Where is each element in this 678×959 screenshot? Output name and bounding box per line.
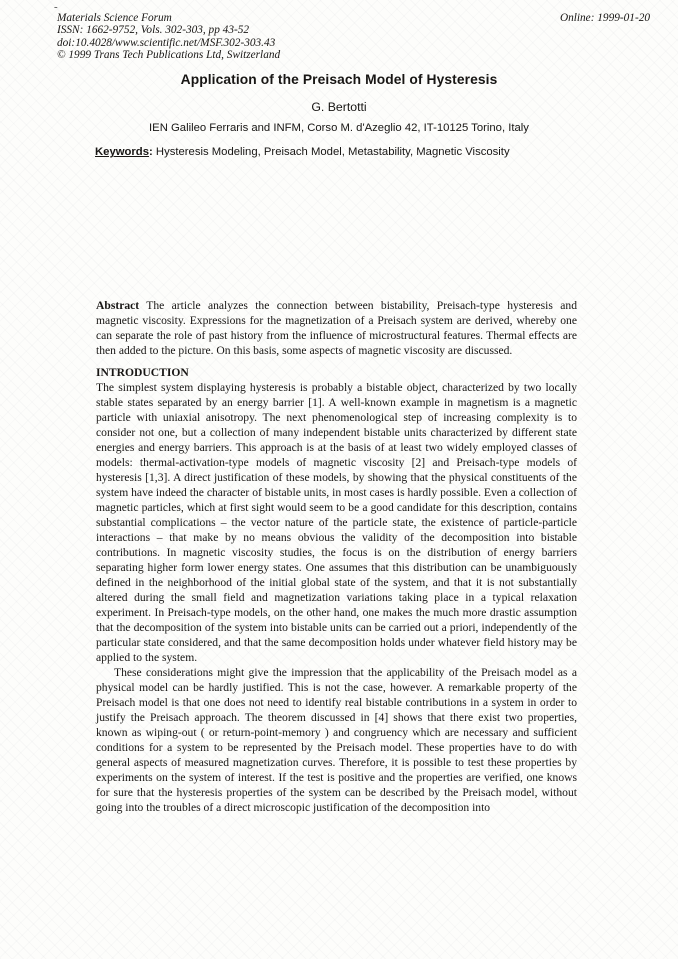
author-name: G. Bertotti xyxy=(0,100,678,114)
paper-title: Application of the Preisach Model of Hys… xyxy=(0,72,678,87)
section-heading-introduction: INTRODUCTION xyxy=(96,365,577,380)
scan-artifact-dash: - xyxy=(54,1,58,13)
abstract-label: Abstract xyxy=(96,299,139,312)
abstract-paragraph: Abstract The article analyzes the connec… xyxy=(96,298,577,358)
introduction-paragraph-2: These considerations might give the impr… xyxy=(96,665,577,815)
keywords-list: Hysteresis Modeling, Preisach Model, Met… xyxy=(153,146,510,158)
keywords-label: Keywords xyxy=(95,146,149,158)
body-column: Abstract The article analyzes the connec… xyxy=(96,298,577,815)
journal-info-block: Materials Science Forum ISSN: 1662-9752,… xyxy=(57,12,280,61)
paper-page: - Materials Science Forum ISSN: 1662-975… xyxy=(0,0,678,959)
online-date: Online: 1999-01-20 xyxy=(560,12,650,24)
journal-name: Materials Science Forum xyxy=(57,12,280,24)
abstract-text: The article analyzes the connection betw… xyxy=(96,299,577,357)
journal-copyright-line: © 1999 Trans Tech Publications Ltd, Swit… xyxy=(57,49,280,61)
journal-doi-line: doi:10.4028/www.scientific.net/MSF.302-3… xyxy=(57,37,280,49)
introduction-paragraph-1: The simplest system displaying hysteresi… xyxy=(96,380,577,665)
author-affiliation: IEN Galileo Ferraris and INFM, Corso M. … xyxy=(0,122,678,134)
journal-header: Materials Science Forum ISSN: 1662-9752,… xyxy=(0,0,678,61)
journal-issn-line: ISSN: 1662-9752, Vols. 302-303, pp 43-52 xyxy=(57,24,280,36)
keywords-line: Keywords: Hysteresis Modeling, Preisach … xyxy=(95,146,678,158)
